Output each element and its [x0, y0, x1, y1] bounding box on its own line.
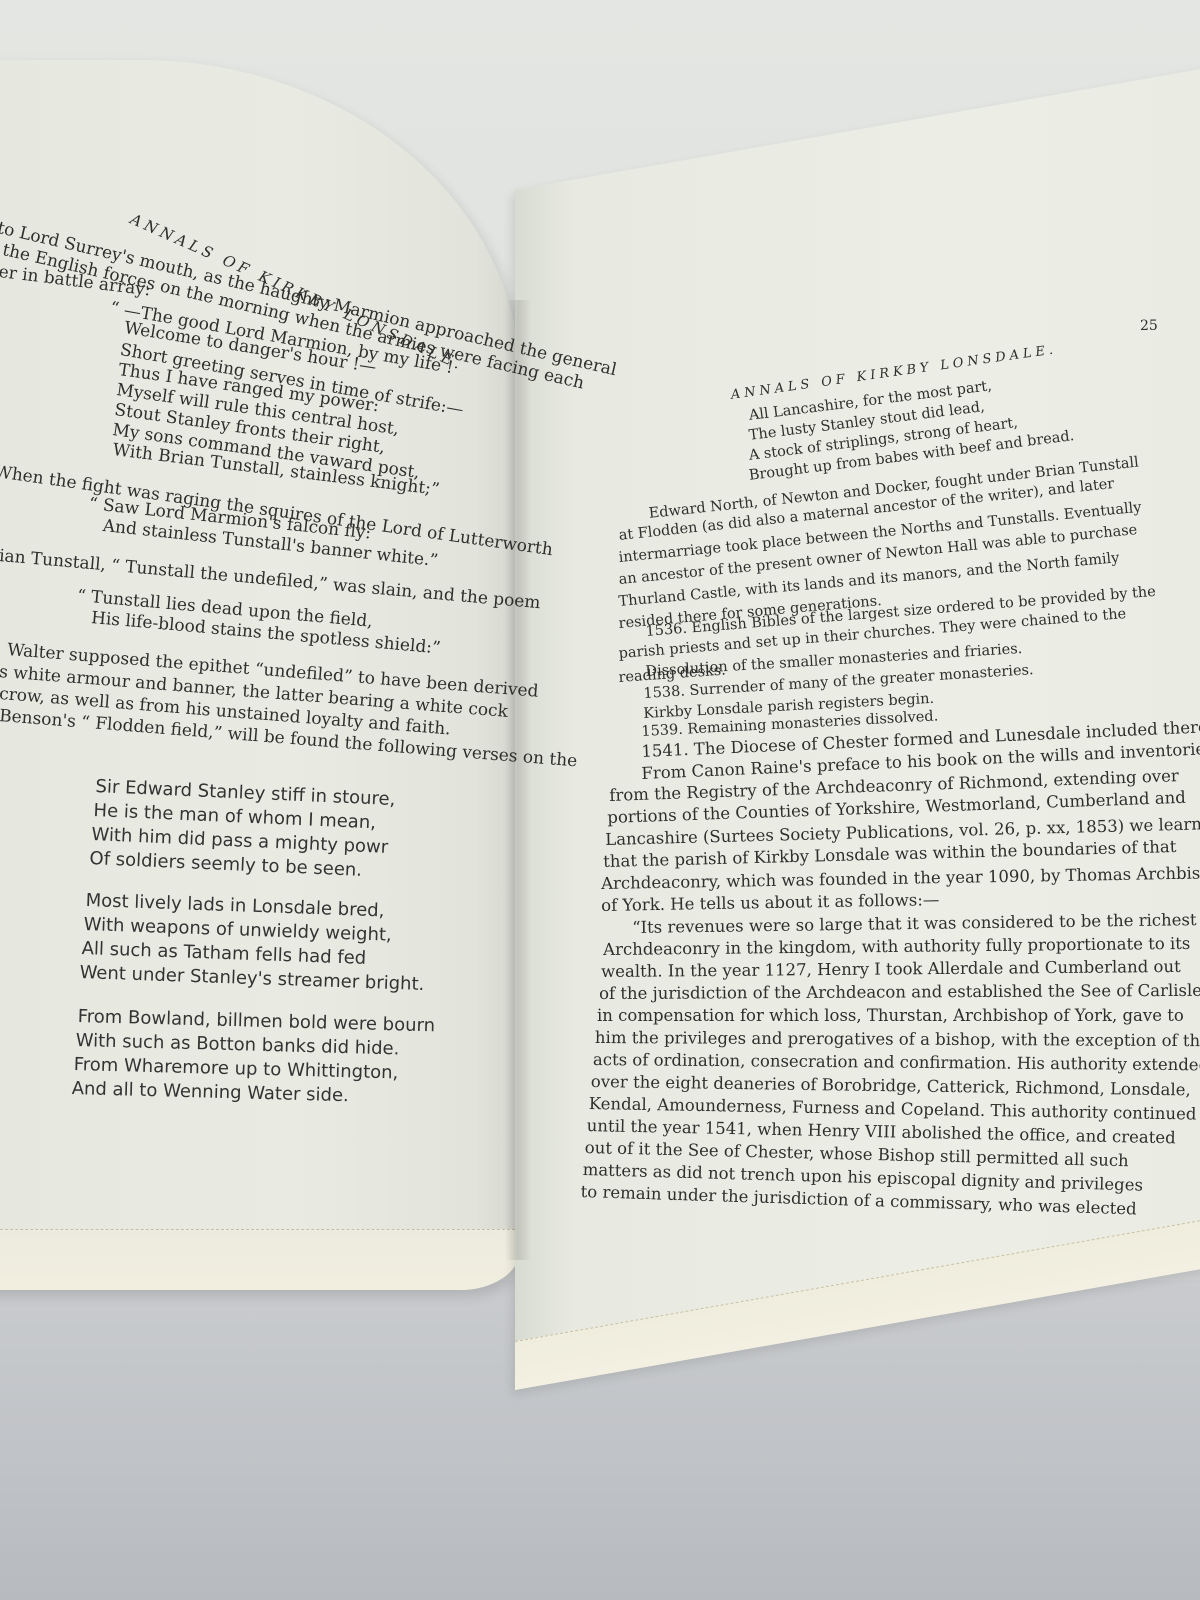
text-line: him the privileges and prerogatives of a… [595, 1028, 1200, 1050]
book-gutter [505, 300, 531, 1260]
deckle-edge [0, 1229, 520, 1290]
text-line: of the jurisdiction of the Archdeacon an… [599, 981, 1200, 1003]
text-line: in compensation for which loss, Thurstan… [597, 1006, 1184, 1025]
page-number: 25 [1140, 318, 1158, 334]
